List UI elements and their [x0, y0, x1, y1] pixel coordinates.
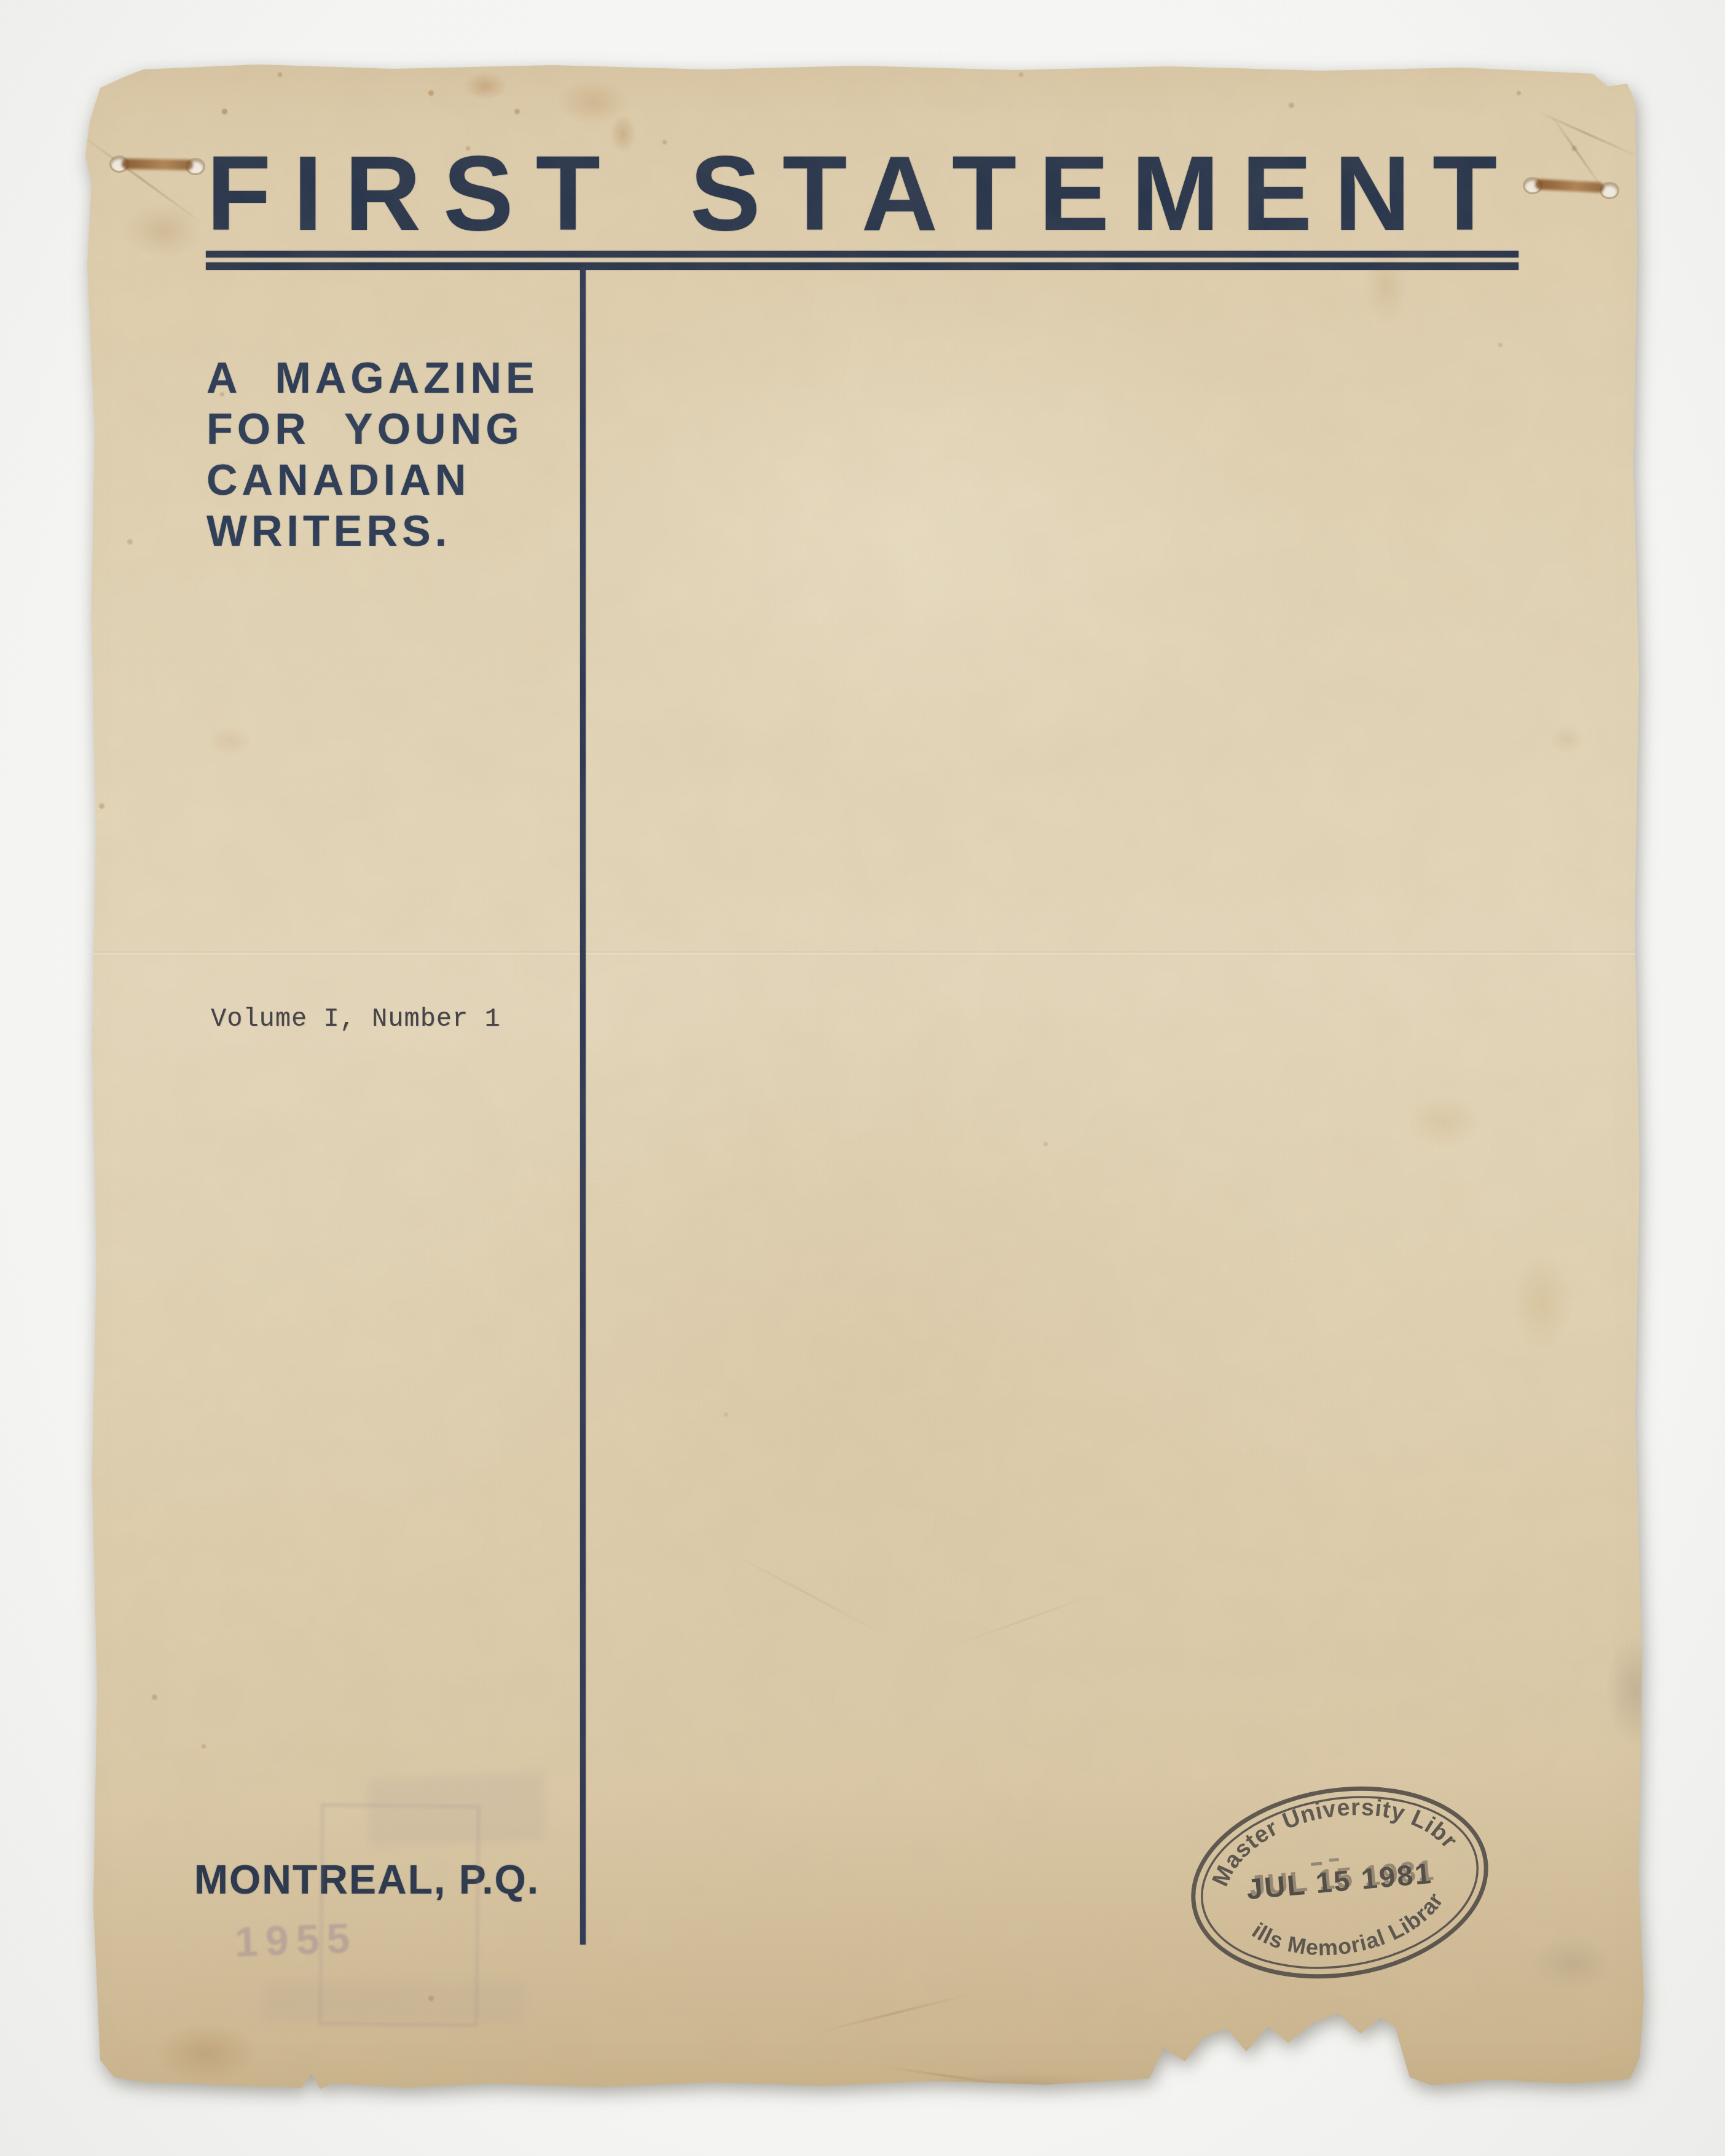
- masthead-rule-top: [206, 251, 1519, 258]
- ghost-stamp-smear-lower: [264, 1983, 522, 2022]
- subtitle-line-4: WRITERS.: [206, 506, 539, 557]
- subtitle-line-1: A MAGAZINE: [206, 353, 539, 404]
- paper-shadow: FIRST STATEMENT A MAGAZINE FOR YOUNG CAN…: [0, 0, 1725, 2156]
- magazine-subtitle: A MAGAZINE FOR YOUNG CANADIAN WRITERS.: [206, 353, 539, 557]
- library-stamp: McMaster University Library Mills Memori…: [1174, 1763, 1506, 2002]
- vertical-column-divider: [580, 267, 586, 1945]
- scanned-page: FIRST STATEMENT A MAGAZINE FOR YOUNG CAN…: [0, 0, 1725, 2156]
- subtitle-line-2: FOR YOUNG: [206, 404, 539, 455]
- rust-streak-left: [122, 159, 193, 170]
- magazine-cover-paper: FIRST STATEMENT A MAGAZINE FOR YOUNG CAN…: [0, 0, 1725, 2156]
- masthead-rule-bottom: [206, 262, 1519, 270]
- subtitle-line-3: CANADIAN: [206, 455, 539, 506]
- magazine-title: FIRST STATEMENT: [206, 133, 1525, 254]
- staple-hole-right-2: [1601, 184, 1617, 197]
- ghost-stamp-year: 1955: [234, 1914, 358, 1967]
- horizontal-fold-crease: [92, 951, 1641, 956]
- volume-number-typewritten: Volume I, Number 1: [211, 1004, 501, 1034]
- foxing-specks: [0, 0, 4, 4]
